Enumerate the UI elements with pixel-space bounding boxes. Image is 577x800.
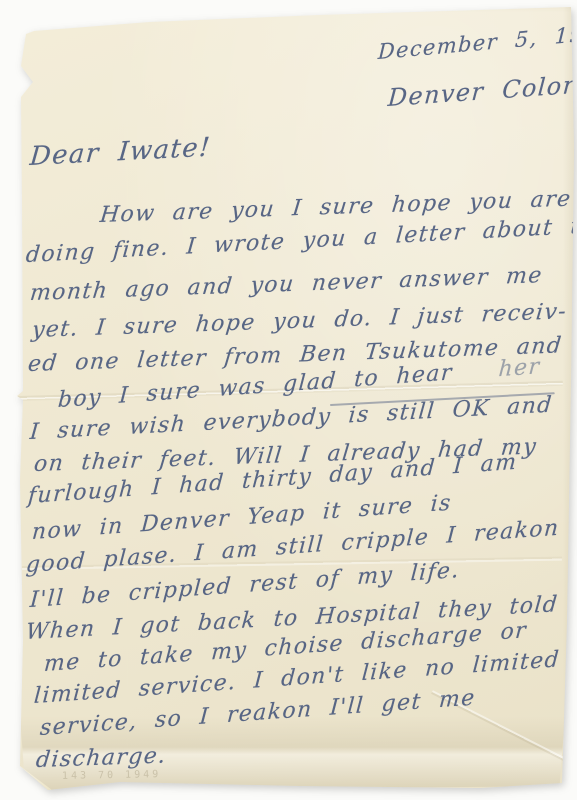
letter-line: month ago and you never answer me	[29, 263, 544, 306]
letter-date: December 5, 1944.	[377, 19, 577, 65]
crossed-out-word: her	[498, 354, 542, 382]
letter-salutation: Dear Iwate!	[29, 132, 213, 172]
letter-place: Denver Colorado	[387, 67, 577, 112]
letter-paper: December 5, 1944. Denver Colorado Dear I…	[0, 0, 577, 800]
scan-background: December 5, 1944. Denver Colorado Dear I…	[0, 0, 577, 800]
paper-surface: December 5, 1944. Denver Colorado Dear I…	[0, 0, 577, 800]
archival-pencil-mark: 143 70 1949	[62, 769, 161, 782]
